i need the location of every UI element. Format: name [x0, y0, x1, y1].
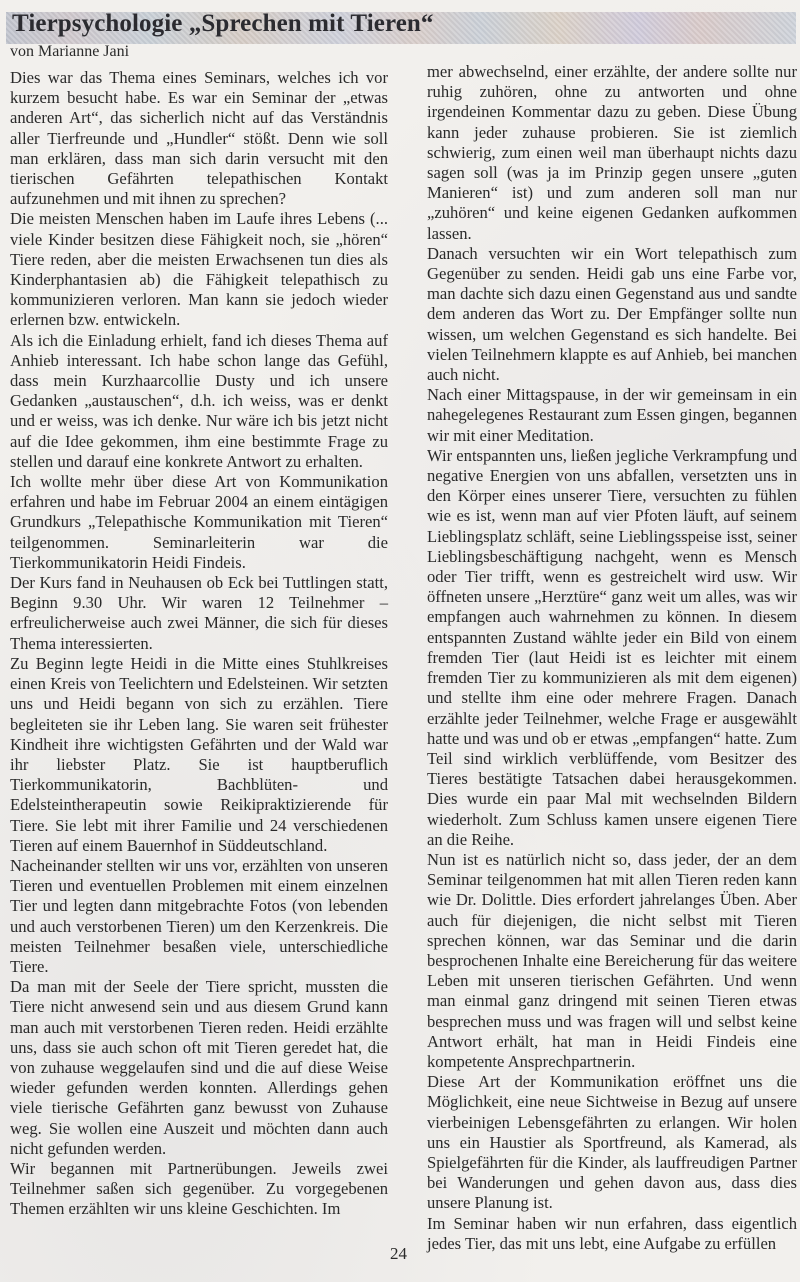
paragraph: Der Kurs fand in Neuhausen ob Eck bei Tu…	[10, 573, 388, 654]
paragraph: Dies war das Thema eines Seminars, welch…	[10, 68, 388, 209]
paragraph: Wir entspannten uns, ließen jegliche Ver…	[427, 446, 797, 850]
article-author: von Marianne Jani	[10, 43, 129, 61]
paragraph: Zu Beginn legte Heidi in die Mitte eines…	[10, 654, 388, 856]
paragraph: Im Seminar haben wir nun erfahren, dass …	[427, 1214, 797, 1254]
paragraph: Als ich die Einladung erhielt, fand ich …	[10, 331, 388, 472]
page-number: 24	[390, 1244, 407, 1264]
paragraph: Nacheinander stellten wir uns vor, erzäh…	[10, 856, 388, 977]
paragraph: Nach einer Mittagspause, in der wir geme…	[427, 385, 797, 446]
paragraph: mer abwechselnd, einer erzählte, der and…	[427, 62, 797, 244]
paragraph: Die meisten Menschen haben im Laufe ihre…	[10, 209, 388, 330]
left-column: Dies war das Thema eines Seminars, welch…	[10, 68, 388, 1220]
paragraph: Danach versuchten wir ein Wort telepathi…	[427, 244, 797, 385]
paragraph: Nun ist es natürlich nicht so, dass jede…	[427, 850, 797, 1072]
magazine-page: Tierpsychologie „Sprechen mit Tieren“ vo…	[0, 0, 800, 1282]
paragraph: Ich wollte mehr über diese Art von Kommu…	[10, 472, 388, 573]
paragraph: Wir begannen mit Partnerübungen. Jeweils…	[10, 1159, 388, 1220]
paragraph: Diese Art der Kommunikation eröffnet uns…	[427, 1072, 797, 1213]
article-title: Tierpsychologie „Sprechen mit Tieren“	[12, 10, 434, 38]
right-column: mer abwechselnd, einer erzählte, der and…	[427, 62, 797, 1254]
paragraph: Da man mit der Seele der Tiere spricht, …	[10, 977, 388, 1159]
